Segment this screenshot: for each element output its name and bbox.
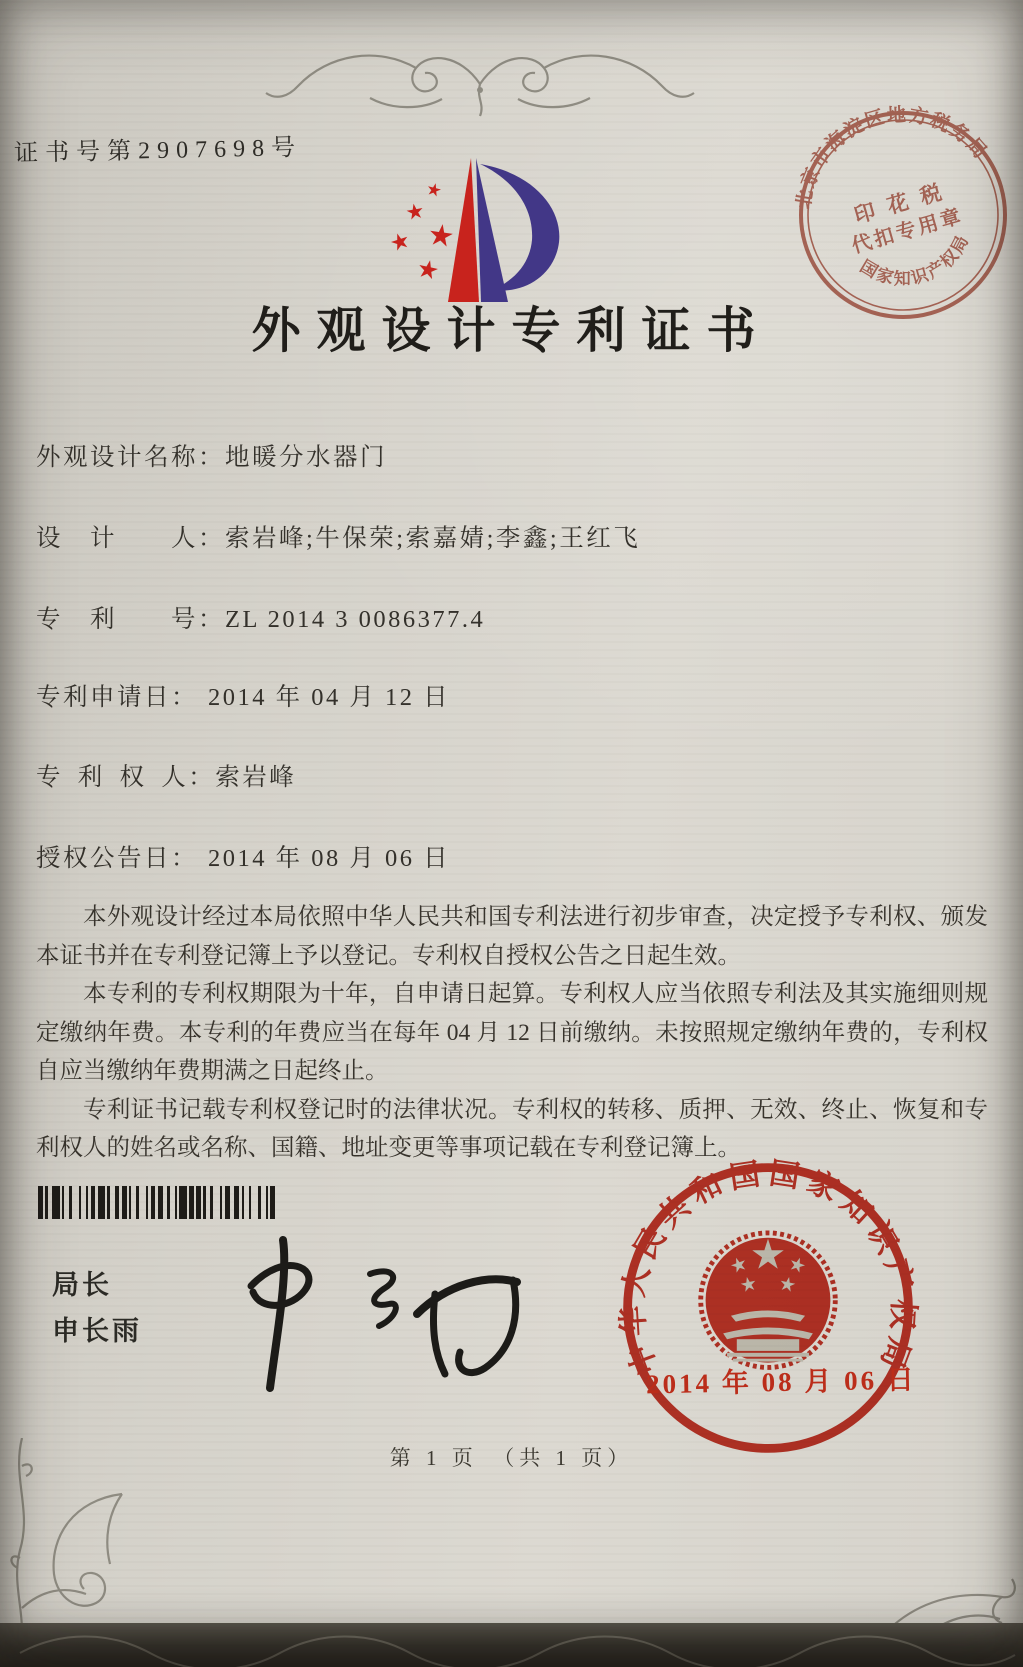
field-patent-number: 专 利 号：ZL 2014 3 0086377.4	[36, 600, 485, 635]
legal-paragraph-2: 本专利的专利权期限为十年，自申请日起算。专利权人应当依照专利法及其实施细则规定缴…	[36, 975, 988, 1091]
field-patentee-label: 专 利 权 人：	[36, 758, 215, 793]
certificate-number: 证书号第2907698号	[14, 127, 303, 168]
field-filing-date-label: 专利申请日：	[36, 678, 208, 713]
field-design-name: 外观设计名称：地暖分水器门	[36, 438, 387, 473]
director-title: 局长	[52, 1262, 142, 1308]
seal-date: 2014 年 08 月 06 日	[646, 1358, 917, 1402]
legal-text-block: 本外观设计经过本局依照中华人民共和国专利法进行初步审查，决定授予专利权、颁发本证…	[36, 898, 988, 1168]
field-patentee: 专 利 权 人：索岩峰	[36, 758, 296, 793]
field-design-name-label: 外观设计名称：	[36, 438, 225, 473]
bottom-border-band	[0, 1623, 1023, 1667]
field-design-name-value: 地暖分水器门	[225, 444, 387, 471]
director-block: 局长 申长雨	[52, 1262, 142, 1354]
top-flourish-ornament	[250, 46, 710, 124]
field-filing-date-value: 2014 年 04 月 12 日	[208, 684, 450, 711]
field-filing-date: 专利申请日：2014 年 04 月 12 日	[36, 678, 450, 713]
field-patentee-value: 索岩峰	[215, 764, 296, 791]
field-grant-date: 授权公告日：2014 年 08 月 06 日	[36, 839, 450, 874]
barcode	[38, 1186, 366, 1219]
field-patent-number-value: ZL 2014 3 0086377.4	[225, 606, 485, 633]
bottom-left-ornament	[12, 1478, 142, 1618]
field-patent-number-label: 专 利 号：	[36, 600, 225, 635]
cnipa-official-seal: 中华人民共和国国家知识产权局	[612, 1152, 924, 1464]
cnipa-patent-logo	[330, 152, 610, 302]
field-grant-date-value: 2014 年 08 月 06 日	[208, 845, 450, 872]
field-designers-value: 索岩峰;牛保荣;索嘉婧;李鑫;王红飞	[225, 525, 640, 552]
legal-paragraph-1: 本外观设计经过本局依照中华人民共和国专利法进行初步审查，决定授予专利权、颁发本证…	[36, 898, 988, 975]
patent-certificate-page: 证书号第2907698号 北京市海淀区地方税务局 国家知识产权局 印 花 税 代…	[0, 0, 1023, 1667]
director-signature	[165, 1222, 545, 1412]
field-designers: 设 计 人：索岩峰;牛保荣;索嘉婧;李鑫;王红飞	[36, 519, 640, 554]
director-name: 申长雨	[52, 1308, 142, 1354]
field-designers-label: 设 计 人：	[36, 519, 225, 554]
field-grant-date-label: 授权公告日：	[36, 839, 208, 874]
